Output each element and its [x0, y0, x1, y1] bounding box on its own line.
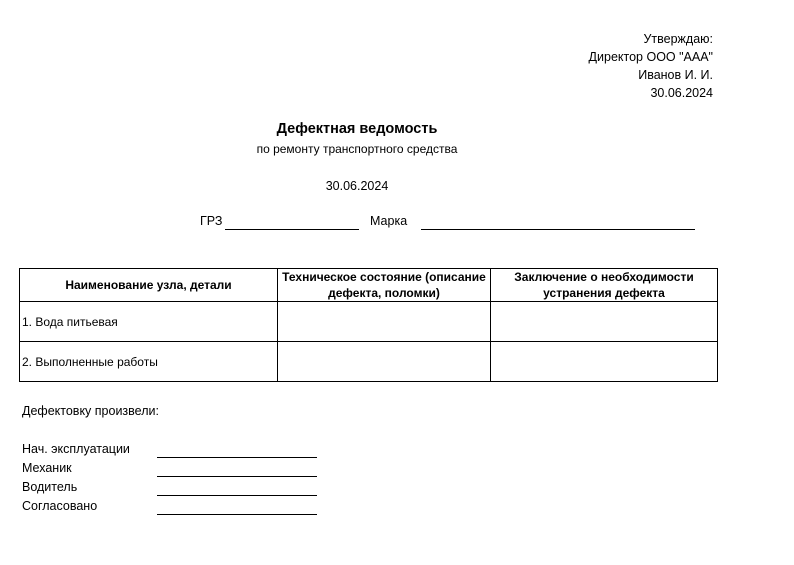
grz-label: ГРЗ — [200, 214, 222, 228]
cell-conclusion[interactable] — [491, 342, 718, 382]
signatures-heading: Дефектовку произвели: — [22, 404, 159, 418]
approval-position: Директор ООО "ААА" — [589, 48, 713, 66]
signature-line-driver[interactable] — [157, 495, 317, 496]
table-header-row: Наименование узла, детали Техническое со… — [20, 269, 718, 302]
header-part-name: Наименование узла, детали — [20, 269, 278, 302]
document-subtitle: по ремонту транспортного средства — [0, 142, 714, 156]
cell-conclusion[interactable] — [491, 302, 718, 342]
approval-date: 30.06.2024 — [589, 84, 713, 102]
cell-part-name[interactable]: 1. Вода питьевая — [20, 302, 278, 342]
approval-name: Иванов И. И. — [589, 66, 713, 84]
signature-line-head-of-operations[interactable] — [157, 457, 317, 458]
signature-line-approved[interactable] — [157, 514, 317, 515]
signature-line-mechanic[interactable] — [157, 476, 317, 477]
marka-label: Марка — [370, 214, 407, 228]
table-row: 2. Выполненные работы — [20, 342, 718, 382]
table-row: 1. Вода питьевая — [20, 302, 718, 342]
approval-block: Утверждаю: Директор ООО "ААА" Иванов И. … — [589, 30, 713, 102]
cell-part-name[interactable]: 2. Выполненные работы — [20, 342, 278, 382]
document-title: Дефектная ведомость — [0, 121, 714, 137]
document-date: 30.06.2024 — [0, 179, 714, 193]
signature-label-head-of-operations: Нач. эксплуатации — [22, 442, 130, 456]
approval-heading: Утверждаю: — [589, 30, 713, 48]
signature-label-approved: Согласовано — [22, 499, 97, 513]
marka-field[interactable] — [421, 229, 695, 230]
grz-field[interactable] — [225, 229, 359, 230]
cell-technical-state[interactable] — [278, 302, 491, 342]
cell-technical-state[interactable] — [278, 342, 491, 382]
defects-table: Наименование узла, детали Техническое со… — [19, 268, 718, 382]
header-technical-state: Техническое состояние (описание дефекта,… — [278, 269, 491, 302]
signature-label-mechanic: Механик — [22, 461, 72, 475]
header-conclusion: Заключение о необходимости устранения де… — [491, 269, 718, 302]
signature-label-driver: Водитель — [22, 480, 77, 494]
